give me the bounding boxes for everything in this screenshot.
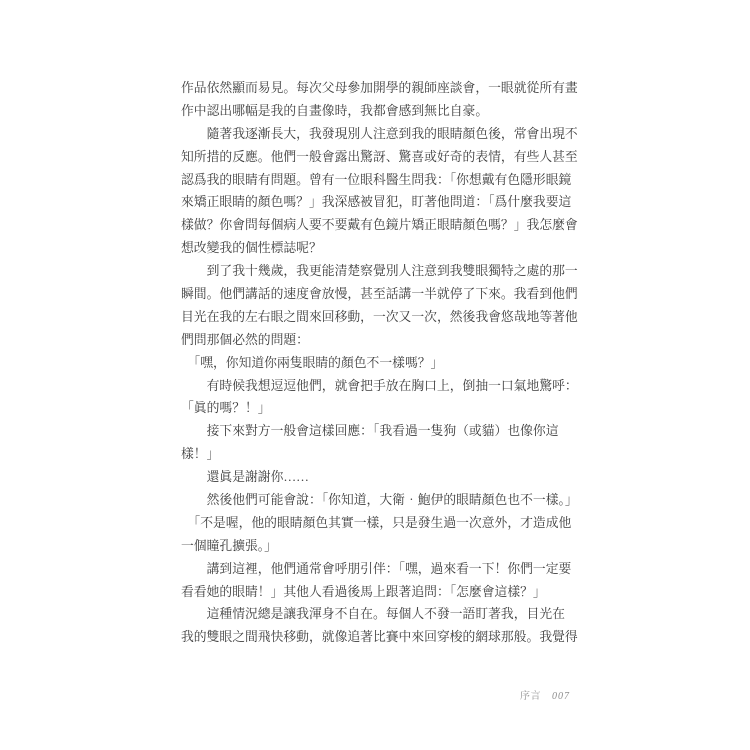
text-line: 到了我十幾歲，我更能清楚察覺別人注意到我雙眼獨特之處的那一 (181, 260, 583, 283)
text-line: 作中認出哪幅是我的自畫像時，我都會感到無比自豪。 (181, 100, 583, 123)
text-line: 看看她的眼睛！」其他人看過後馬上跟著追問：「怎麼會這樣？」 (181, 581, 583, 604)
text-line: 想改變我的個性標誌呢？ (181, 237, 583, 260)
text-line: 講到這裡，他們通常會呼朋引伴：「嘿，過來看一下！你們一定要 (181, 558, 583, 581)
text-line: 瞬間。他們講話的速度會放慢，甚至話講一半就停了下來。我看到他們 (181, 283, 583, 306)
text-line: 還眞是謝謝你…… (181, 466, 583, 489)
text-line: 我的雙眼之間飛快移動，就像追著比賽中來回穿梭的網球那般。我覺得 (181, 626, 583, 649)
body-text: 作品依然顯而易見。每次父母參加開學的親師座談會，一眼就從所有畫作中認出哪幅是我的… (181, 77, 583, 649)
text-line: 樣做？你會問每個病人要不要戴有色鏡片矯正眼睛顏色嗎？」我怎麼會 (181, 214, 583, 237)
text-line: 隨著我逐漸長大，我發現別人注意到我的眼睛顏色後，常會出現不 (181, 123, 583, 146)
text-line: 知所措的反應。他們一般會露出驚訝、驚喜或好奇的表情，有些人甚至 (181, 146, 583, 169)
text-line: 「嘿，你知道你兩隻眼睛的顏色不一樣嗎？」 (181, 352, 583, 375)
text-line: 認爲我的眼睛有問題。曾有一位眼科醫生問我：「你想戴有色隱形眼鏡 (181, 169, 583, 192)
book-page: 作品依然顯而易見。每次父母參加開學的親師座談會，一眼就從所有畫作中認出哪幅是我的… (0, 0, 750, 750)
footer-page-number: 007 (552, 691, 570, 702)
text-line: 目光在我的左右眼之間來回移動，一次又一次，然後我會悠哉地等著他 (181, 306, 583, 329)
text-line: 然後他們可能會說：「你知道，大衛‧鮑伊的眼睛顏色也不一樣。」 (181, 489, 583, 512)
text-line: 一個瞳孔擴張。」 (181, 535, 583, 558)
text-line: 們問那個必然的問題： (181, 329, 583, 352)
text-line: 作品依然顯而易見。每次父母參加開學的親師座談會，一眼就從所有畫 (181, 77, 583, 100)
text-line: 「不是喔，他的眼睛顏色其實一樣，只是發生過一次意外，才造成他 (181, 512, 583, 535)
page-footer: 序言007 (180, 690, 570, 703)
footer-section-label: 序言 (520, 691, 541, 702)
text-line: 「眞的嗎？！」 (181, 397, 583, 420)
text-line: 樣！」 (181, 443, 583, 466)
text-line: 來矯正眼睛的顏色嗎？」我深感被冒犯，盯著他問道：「爲什麼我要這 (181, 191, 583, 214)
text-line: 接下來對方一般會這樣回應：「我看過一隻狗（或貓）也像你這 (181, 420, 583, 443)
text-line: 有時候我想逗逗他們，就會把手放在胸口上，倒抽一口氣地驚呼： (181, 375, 583, 398)
text-line: 這種情況總是讓我渾身不自在。每個人不發一語盯著我，目光在 (181, 603, 583, 626)
